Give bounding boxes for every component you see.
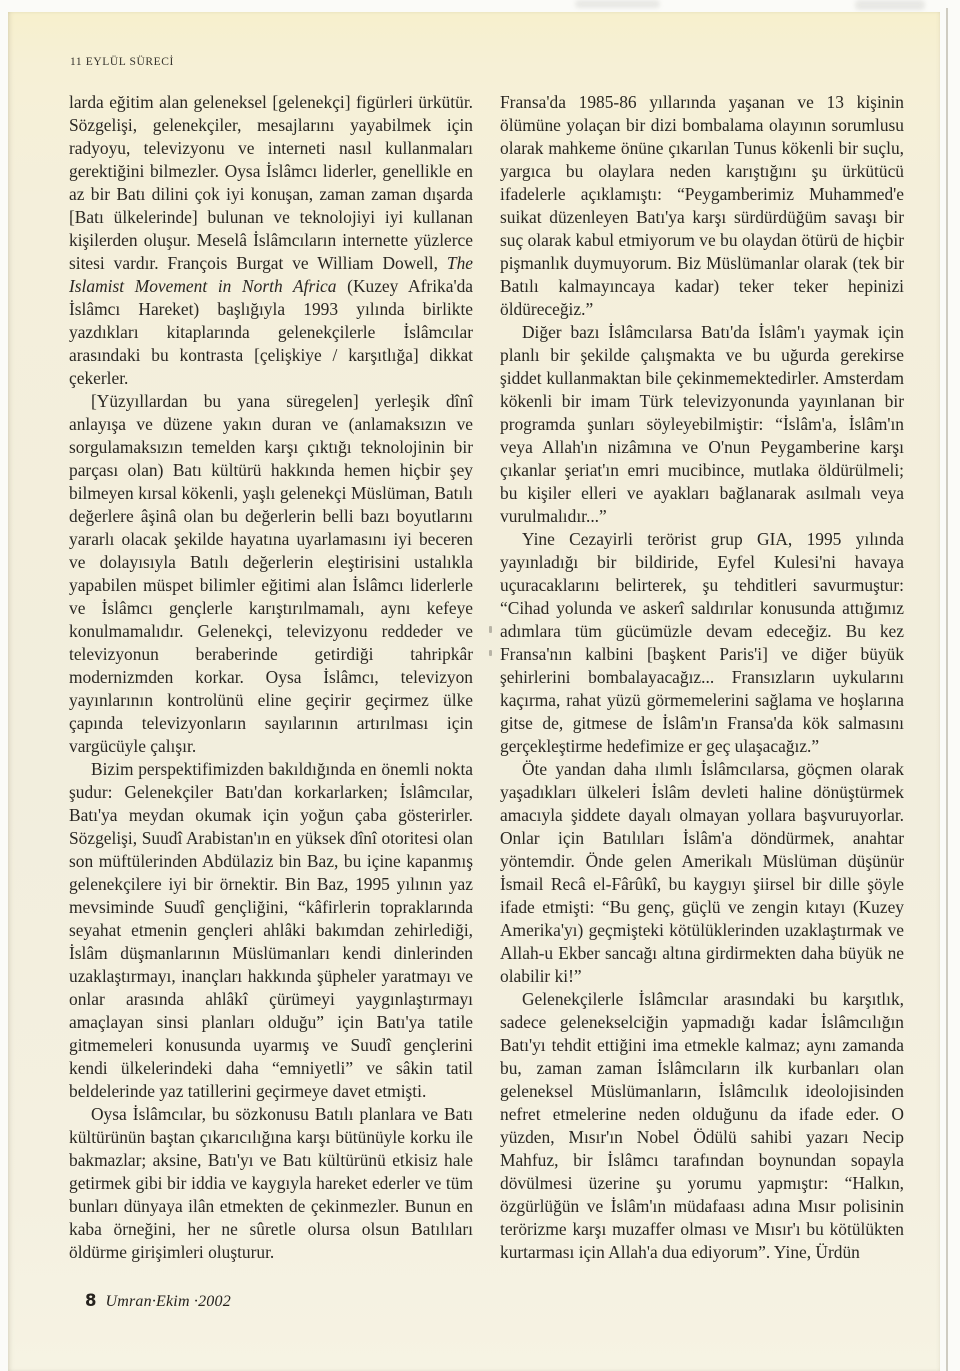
body-text: Yine Cezayirli terörist grup GIA, 1995 y… bbox=[500, 529, 904, 756]
running-header: 11 EYLÜL SÜRECİ bbox=[70, 56, 174, 68]
body-text: [Yüzyıllardan bu yana süregelen] yerleşi… bbox=[69, 391, 473, 756]
paragraph: Öte yandan daha ılımlı İslâmcılarsa, göç… bbox=[500, 758, 904, 988]
paragraph: larda eğitim alan geleneksel [gelenekçi]… bbox=[69, 91, 473, 390]
scan-speck bbox=[489, 626, 492, 633]
left-column: larda eğitim alan geleneksel [gelenekçi]… bbox=[69, 91, 473, 1264]
paragraph: Gelenekçilerle İslâmcılar arasındaki bu … bbox=[500, 988, 904, 1264]
paragraph: Fransa'da 1985-86 yıllarında yaşanan ve … bbox=[500, 91, 904, 321]
body-text: Diğer bazı İslâmcılarsa Batı'da İslâm'ı … bbox=[500, 322, 904, 526]
scan-artifact bbox=[575, 0, 660, 8]
scan-artifact bbox=[855, 0, 925, 10]
right-column: Fransa'da 1985-86 yıllarında yaşanan ve … bbox=[500, 91, 904, 1264]
body-text: Gelenekçilerle İslâmcılar arasındaki bu … bbox=[500, 989, 904, 1262]
body-text: larda eğitim alan geleneksel [gelenekçi]… bbox=[69, 92, 473, 273]
journal-citation: Umran·Ekim ·2002 bbox=[105, 1293, 230, 1310]
body-text: Fransa'da 1985-86 yıllarında yaşanan ve … bbox=[500, 92, 904, 319]
page-footer: 8Umran·Ekim ·2002 bbox=[85, 1291, 231, 1311]
paragraph: Bizim perspektifimizden bakıldığında en … bbox=[69, 758, 473, 1103]
body-text: Oysa İslâmcılar, bu sözkonusu Batılı pla… bbox=[69, 1104, 473, 1262]
text-columns: larda eğitim alan geleneksel [gelenekçi]… bbox=[69, 91, 905, 1264]
paragraph: Oysa İslâmcılar, bu sözkonusu Batılı pla… bbox=[69, 1103, 473, 1264]
paragraph: [Yüzyıllardan bu yana süregelen] yerleşi… bbox=[69, 390, 473, 758]
paragraph: Diğer bazı İslâmcılarsa Batı'da İslâm'ı … bbox=[500, 321, 904, 528]
page-edge-line bbox=[946, 8, 948, 1371]
paragraph: Yine Cezayirli terörist grup GIA, 1995 y… bbox=[500, 528, 904, 758]
page-number: 8 bbox=[85, 1291, 96, 1310]
scanned-page-root: 11 EYLÜL SÜRECİ larda eğitim alan gelene… bbox=[0, 0, 960, 1371]
body-text: Öte yandan daha ılımlı İslâmcılarsa, göç… bbox=[500, 759, 904, 986]
scan-speck bbox=[489, 650, 492, 656]
body-text: Bizim perspektifimizden bakıldığında en … bbox=[69, 759, 473, 1101]
book-page: 11 EYLÜL SÜRECİ larda eğitim alan gelene… bbox=[8, 12, 940, 1371]
